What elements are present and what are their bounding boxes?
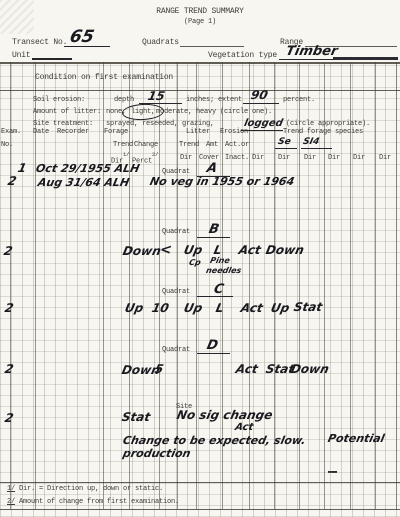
form-title: RANGE TREND SUMMARY bbox=[0, 8, 400, 16]
col-forage-trend: Trend bbox=[113, 142, 133, 149]
b-litter-trend: Up bbox=[183, 244, 204, 256]
col-litter-amt: Amt bbox=[206, 142, 218, 149]
footnote-bottom-rule bbox=[0, 509, 400, 510]
soil-erosion-label: Soil erosion: bbox=[33, 97, 85, 104]
vegetation-type-label: Vegetation type bbox=[208, 52, 277, 60]
c-species-dir-2: Stat bbox=[293, 301, 324, 313]
col-litter-dir: Dir bbox=[180, 155, 192, 162]
d-erosion: Act bbox=[235, 363, 259, 375]
quadrat-a-note: No veg in 1955 or 1964 bbox=[149, 176, 296, 187]
litter-label: Amount of litter: bbox=[33, 109, 101, 116]
litter-options-rest: moderate, heavy (circle one). bbox=[156, 109, 272, 116]
row2-date-recorder: Aug 31/64 ALH bbox=[37, 177, 131, 188]
unit-label: Unit bbox=[12, 52, 30, 60]
col-exam: Exam. bbox=[1, 129, 21, 136]
b-erosion: Act bbox=[238, 244, 262, 256]
site-note: No sig change bbox=[176, 409, 274, 421]
species-written-2: SI4 bbox=[302, 138, 320, 147]
col-dir-3: Dir bbox=[304, 155, 316, 162]
c-forage-trend: Up bbox=[124, 302, 145, 314]
footnote-1-marker: 1/ bbox=[7, 486, 15, 493]
col-dir-6: Dir bbox=[379, 155, 391, 162]
scan-smudge bbox=[0, 0, 34, 34]
col-date: Date bbox=[33, 129, 49, 136]
table-top-rule bbox=[0, 62, 400, 64]
footnote-1-text: Dir. = Direction up, down or static. bbox=[19, 486, 163, 493]
quadrat-d-underline bbox=[197, 353, 230, 354]
c-forage-change: 10 bbox=[151, 302, 170, 314]
table-vline bbox=[396, 62, 397, 509]
site-comment-line1: Change to be expected, slow. bbox=[122, 435, 307, 446]
unit-blank bbox=[32, 58, 72, 60]
extent-underline bbox=[243, 103, 279, 104]
c-species-dir-1: Up bbox=[270, 302, 291, 314]
footnote-2-marker: 2/ bbox=[7, 499, 15, 506]
b-species-dir: Down bbox=[265, 244, 305, 256]
footnote-2-text: Amount of change from first examination. bbox=[19, 499, 179, 506]
footnote-ref-2: 2/ bbox=[152, 151, 158, 158]
col-dir-2: Dir bbox=[278, 155, 290, 162]
col-erosion: Erosion bbox=[220, 129, 248, 136]
quadrat-b-label: Quadrat bbox=[162, 229, 190, 236]
quadrat-d-label: Quadrat bbox=[162, 347, 190, 354]
site-treatment-label: Site treatment: bbox=[33, 121, 93, 128]
col-inact: Inact. bbox=[225, 155, 249, 162]
treatment-suffix: (circle appropriate). bbox=[286, 121, 370, 128]
col-litter: Litter bbox=[186, 129, 210, 136]
b-sub-pine: Pine bbox=[209, 257, 230, 265]
condition-heading: Condition on first examination bbox=[35, 74, 173, 82]
b-forage-trend: Down bbox=[122, 245, 162, 257]
col-recorder: Recorder bbox=[57, 129, 89, 136]
footnote-ref-1: 1/ bbox=[123, 151, 129, 158]
extent-value: 90 bbox=[250, 89, 269, 101]
species-2-underline bbox=[301, 148, 332, 149]
transect-value: 65 bbox=[68, 29, 95, 46]
species-1-underline bbox=[275, 148, 297, 149]
row1-date-recorder: Oct 29/1955 ALH bbox=[35, 163, 141, 174]
col-no: No. bbox=[1, 142, 13, 149]
depth-label: depth bbox=[114, 97, 134, 104]
quadrats-label: Quadrats bbox=[142, 39, 179, 47]
col-forage-change: Change bbox=[134, 142, 158, 149]
col-dir-4: Dir bbox=[328, 155, 340, 162]
col-erosion-act: Act.or bbox=[225, 142, 249, 149]
quadrat-b-underline bbox=[197, 237, 230, 238]
b-sub-needles: needles bbox=[205, 267, 242, 275]
form-page-number: (Page 1) bbox=[0, 19, 400, 26]
c-litter-trend: Up bbox=[183, 302, 204, 314]
footnote-top-rule bbox=[0, 482, 400, 483]
species-written-1: Se bbox=[277, 138, 292, 147]
transect-underline bbox=[64, 46, 110, 47]
col-forage: Forage bbox=[104, 129, 128, 136]
vegetation-type-value: Timber bbox=[285, 45, 339, 58]
transect-label: Transect No. bbox=[12, 39, 67, 47]
col-litter-trend: Trend bbox=[179, 142, 199, 149]
col-species: Trend forage species bbox=[283, 129, 363, 136]
b-sub-cp: Cp bbox=[188, 259, 201, 267]
c-erosion: Act bbox=[240, 302, 264, 314]
treatment-value: logged bbox=[243, 119, 284, 129]
col-dir-5: Dir bbox=[353, 155, 365, 162]
site-comment-line3: production bbox=[122, 448, 192, 459]
quadrats-blank bbox=[180, 46, 244, 47]
condition-rule bbox=[0, 90, 400, 91]
treatment-options: sprayed, reseeded, grazing, bbox=[106, 121, 214, 128]
depth-value: 15 bbox=[147, 90, 166, 102]
percent-label: percent. bbox=[283, 97, 315, 104]
quadrat-c-label: Quadrat bbox=[162, 289, 190, 296]
site-trend: Stat bbox=[121, 411, 152, 423]
col-dir-1: Dir bbox=[252, 155, 264, 162]
scanned-form-page: RANGE TREND SUMMARY (Page 1) Transect No… bbox=[0, 0, 400, 517]
d-species-dir-2: Down bbox=[290, 363, 330, 375]
quadrat-c-underline bbox=[197, 296, 233, 297]
heavy-line-artifact bbox=[333, 57, 398, 60]
site-comment-line2: Potential bbox=[327, 433, 386, 444]
site-act: Act bbox=[234, 423, 254, 433]
extent-label: inches; extent bbox=[186, 97, 242, 104]
